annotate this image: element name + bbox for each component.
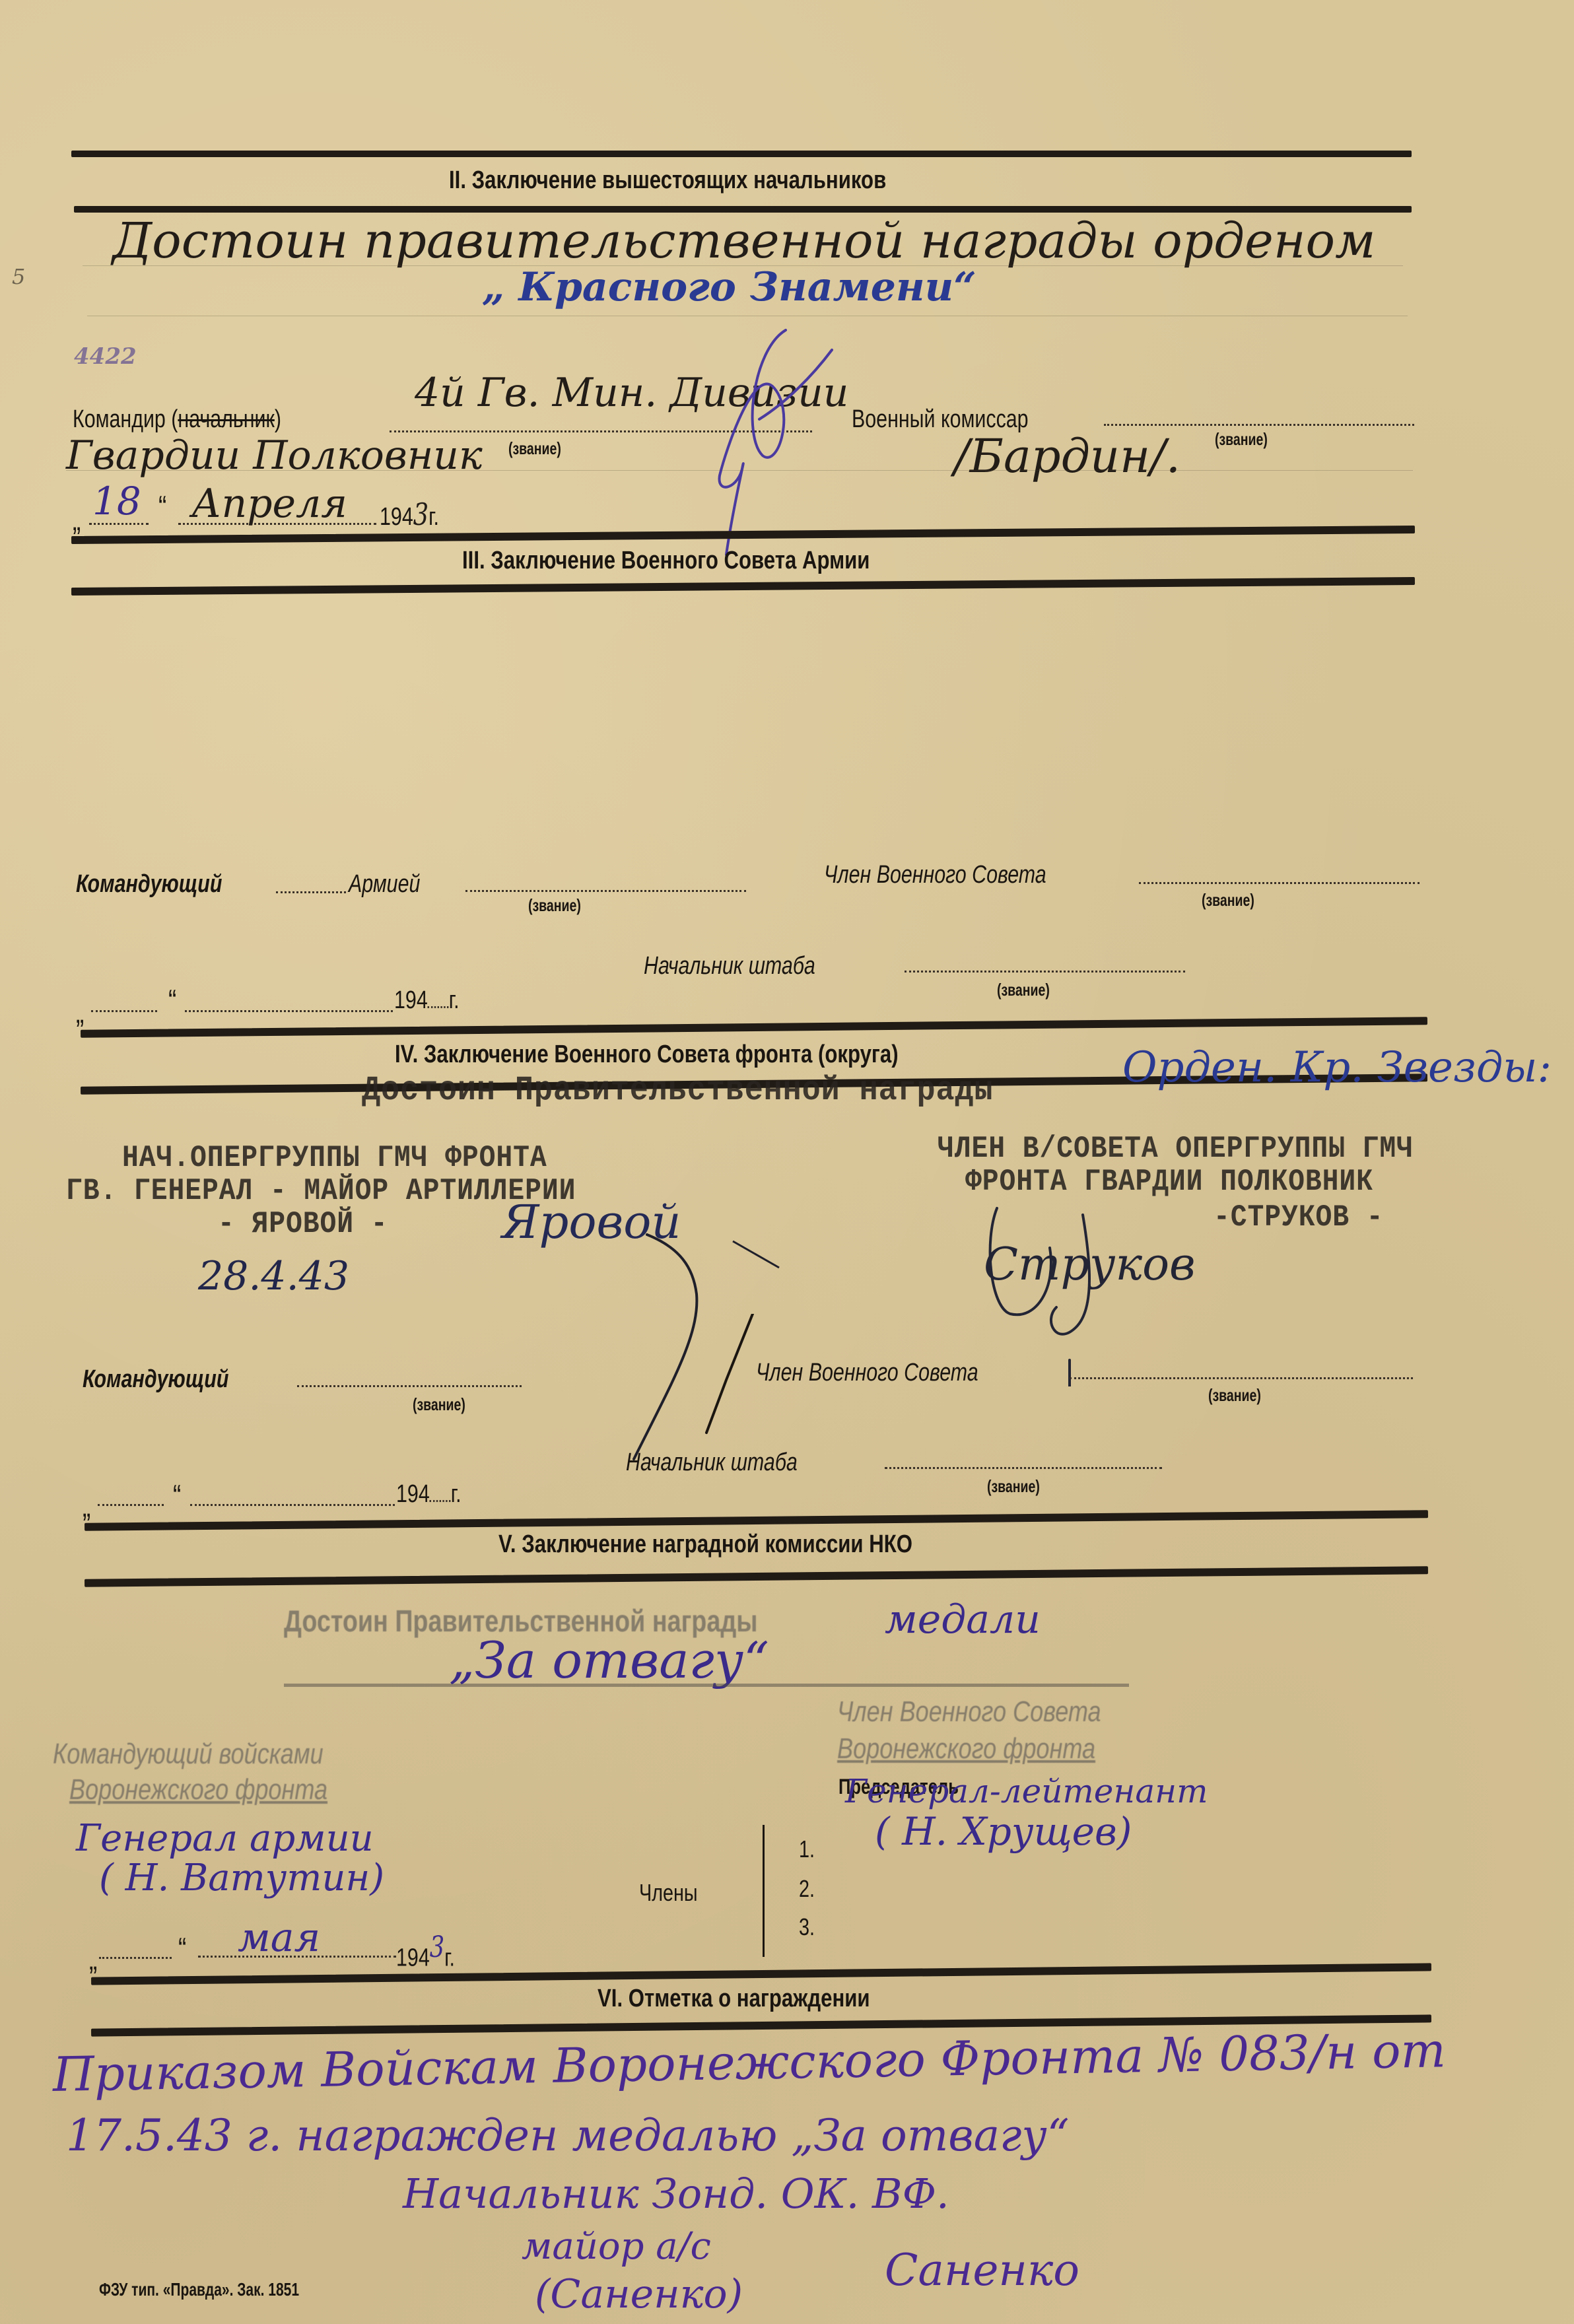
date-close-quote: “ [158, 489, 166, 524]
council-rank-caption: (звание) [1202, 890, 1254, 910]
section-divider [71, 151, 1412, 157]
section-divider [74, 206, 1412, 213]
date-close-quote: “ [178, 1931, 186, 1966]
struck-out-word: начальник [178, 405, 274, 433]
chief-of-staff-fill-line [905, 971, 1185, 973]
right-signatory-line1: ЧЛЕН В/СОВЕТА ОПЕРГРУППЫ ГМЧ [938, 1132, 1414, 1166]
writing-line [66, 470, 1413, 471]
date-close-quote: “ [173, 1478, 181, 1513]
council-rank-handwritten: Генерал-лейтенант [845, 1772, 1208, 1810]
section-6-heading: VI. Отметка о награждении [598, 1985, 870, 2013]
section-divider [81, 1017, 1427, 1038]
army-commander-dots [276, 891, 346, 893]
date-year-prefix: 194 [394, 986, 428, 1014]
date-open-quote: „ [89, 1941, 97, 1977]
signer-signature: Саненко [885, 2245, 1079, 2296]
stamp-council-line2: Воронежского фронта [837, 1732, 1095, 1765]
members-brace [763, 1825, 765, 1957]
date-year: 1943г. [380, 496, 439, 532]
front-chief-rank-caption: (звание) [987, 1476, 1040, 1497]
date-year: 194г. [394, 986, 460, 1015]
council-member-label: Член Военного Совета [824, 861, 1046, 889]
conclusion-handwritten-line1: Достоин правительственной награды ордено… [112, 213, 1375, 269]
section-divider [91, 1963, 1431, 1985]
date-year-suffix-handwritten: 3 [430, 1931, 444, 1964]
army-rank-caption: (звание) [528, 895, 581, 916]
date-month-handwritten: мая [238, 1915, 320, 1961]
date-year: 1943г. [396, 1931, 455, 1973]
chief-of-staff-label: Начальник штаба [644, 952, 815, 980]
date-year: 194г. [396, 1480, 462, 1509]
commissar-rank-caption: (звание) [1215, 429, 1268, 450]
date-open-quote: „ [76, 994, 84, 1030]
signer-rank: майор а/с [522, 2225, 711, 2268]
front-council-rank-caption: (звание) [1208, 1385, 1261, 1406]
date-day-line [98, 1504, 164, 1506]
right-signatory-line3: -СТРУКОВ - [1214, 1200, 1383, 1235]
stamp-commander-line2: Воронежского фронта [69, 1773, 327, 1806]
typed-conclusion: Достоин Правительственной награды [362, 1071, 994, 1110]
front-council-fill-line [1070, 1377, 1413, 1379]
chief-rank-caption: (звание) [997, 980, 1050, 1000]
date-month-handwritten: Апреля [191, 481, 347, 527]
member-number-3: 3. [799, 1913, 815, 1941]
date-year-abbr: г. [444, 1944, 455, 1972]
date-month-line [185, 1010, 393, 1012]
army-commander-label: Командующий [76, 870, 222, 899]
member-number-1: 1. [799, 1835, 815, 1863]
left-signatory-date: 28.4.43 [198, 1253, 349, 1299]
handwritten-award-word: медали [885, 1596, 1041, 1643]
writing-line [87, 316, 1408, 316]
commander-label: Командир (начальник) [73, 405, 281, 434]
commander-label-text: Командир ( [73, 405, 178, 433]
handwritten-award: Орден. Кр. Звезды: [1122, 1043, 1552, 1092]
date-day-line [99, 1957, 172, 1959]
award-order-line2: 17.5.43 г. награжден медалью „За отвагу“ [66, 2110, 1069, 2161]
date-year-prefix: 194 [396, 1480, 430, 1508]
left-signatory-line1: НАЧ.ОПЕРГРУППЫ ГМЧ ФРОНТА [122, 1141, 547, 1175]
commander-name-handwritten: ( Н. Ватутин) [99, 1857, 384, 1899]
violet-stamp-mark: 4422 [74, 343, 137, 370]
conclusion-handwritten-line2: „ Красного Знамени“ [482, 264, 976, 310]
section-2-heading: II. Заключение вышестоящих начальников [449, 166, 886, 195]
commander-signature [680, 324, 852, 561]
signer-name: (Саненко) [535, 2271, 743, 2317]
handwritten-award-name: „За отвагу“ [449, 1631, 769, 1690]
commander-rank-handwritten: Генерал армии [76, 1817, 374, 1860]
date-close-quote: “ [168, 982, 176, 1018]
front-commander-label: Командующий [83, 1365, 228, 1394]
front-chief-fill-line [885, 1467, 1162, 1469]
printer-imprint: ФЗУ тип. «Правда». Зак. 1851 [99, 2279, 299, 2300]
left-signatory-line2: ГВ. ГЕНЕРАЛ - МАЙОР АРТИЛЛЕРИИ [66, 1174, 576, 1208]
commissar-name-handwritten: /Бардин/. [954, 429, 1180, 483]
section-5-heading: V. Заключение наградной комиссии НКО [498, 1530, 912, 1559]
stamp-underline [284, 1684, 1129, 1687]
section-4-heading: IV. Заключение Военного Совета фронта (о… [395, 1041, 899, 1069]
stamp-commander-line1: Командующий войсками [53, 1738, 324, 1771]
corner-mark: 5 [12, 264, 25, 289]
members-label: Члены [639, 1879, 698, 1907]
section-3-heading: III. Заключение Военного Совета Армии [462, 547, 870, 575]
commander-label-close: ) [275, 405, 281, 433]
date-day-handwritten: 18 [92, 479, 141, 524]
date-year-abbr: г. [428, 503, 439, 531]
council-name-handwritten: ( Н. Хрущев) [875, 1809, 1132, 1854]
section-divider [71, 577, 1415, 596]
front-chief-of-staff-label: Начальник штаба [626, 1449, 798, 1477]
right-signature-stroke [977, 1188, 1175, 1386]
date-year-suffix-handwritten: 3 [413, 496, 428, 532]
rank-caption: (звание) [508, 438, 561, 459]
date-open-quote: „ [73, 502, 81, 537]
army-commander-fill-line [465, 890, 746, 892]
date-year-abbr: г. [449, 986, 460, 1014]
date-day-line [91, 1010, 157, 1012]
front-council-member-label: Член Военного Совета [756, 1359, 978, 1387]
date-year-abbr: г. [451, 1480, 462, 1508]
army-label: Армией [349, 870, 420, 899]
front-commander-fill-line [297, 1385, 522, 1387]
member-number-2: 2. [799, 1875, 815, 1903]
date-open-quote: „ [83, 1488, 90, 1524]
date-month-line [190, 1504, 395, 1506]
section-divider [85, 1510, 1428, 1531]
front-commander-rank-caption: (звание) [413, 1394, 465, 1415]
council-member-fill-line [1139, 882, 1420, 884]
section-divider [85, 1566, 1428, 1587]
signer-title: Начальник Зонд. ОК. ВФ. [403, 2170, 949, 2218]
date-year-prefix: 194 [380, 503, 413, 531]
commissar-fill-line [1104, 424, 1414, 426]
stamp-council-line1: Член Военного Совета [837, 1695, 1101, 1728]
date-year-prefix: 194 [396, 1944, 430, 1972]
commander-rank-handwritten: Гвардии Полковник [66, 432, 483, 479]
left-signatory-line3: - ЯРОВОЙ - [218, 1207, 388, 1241]
